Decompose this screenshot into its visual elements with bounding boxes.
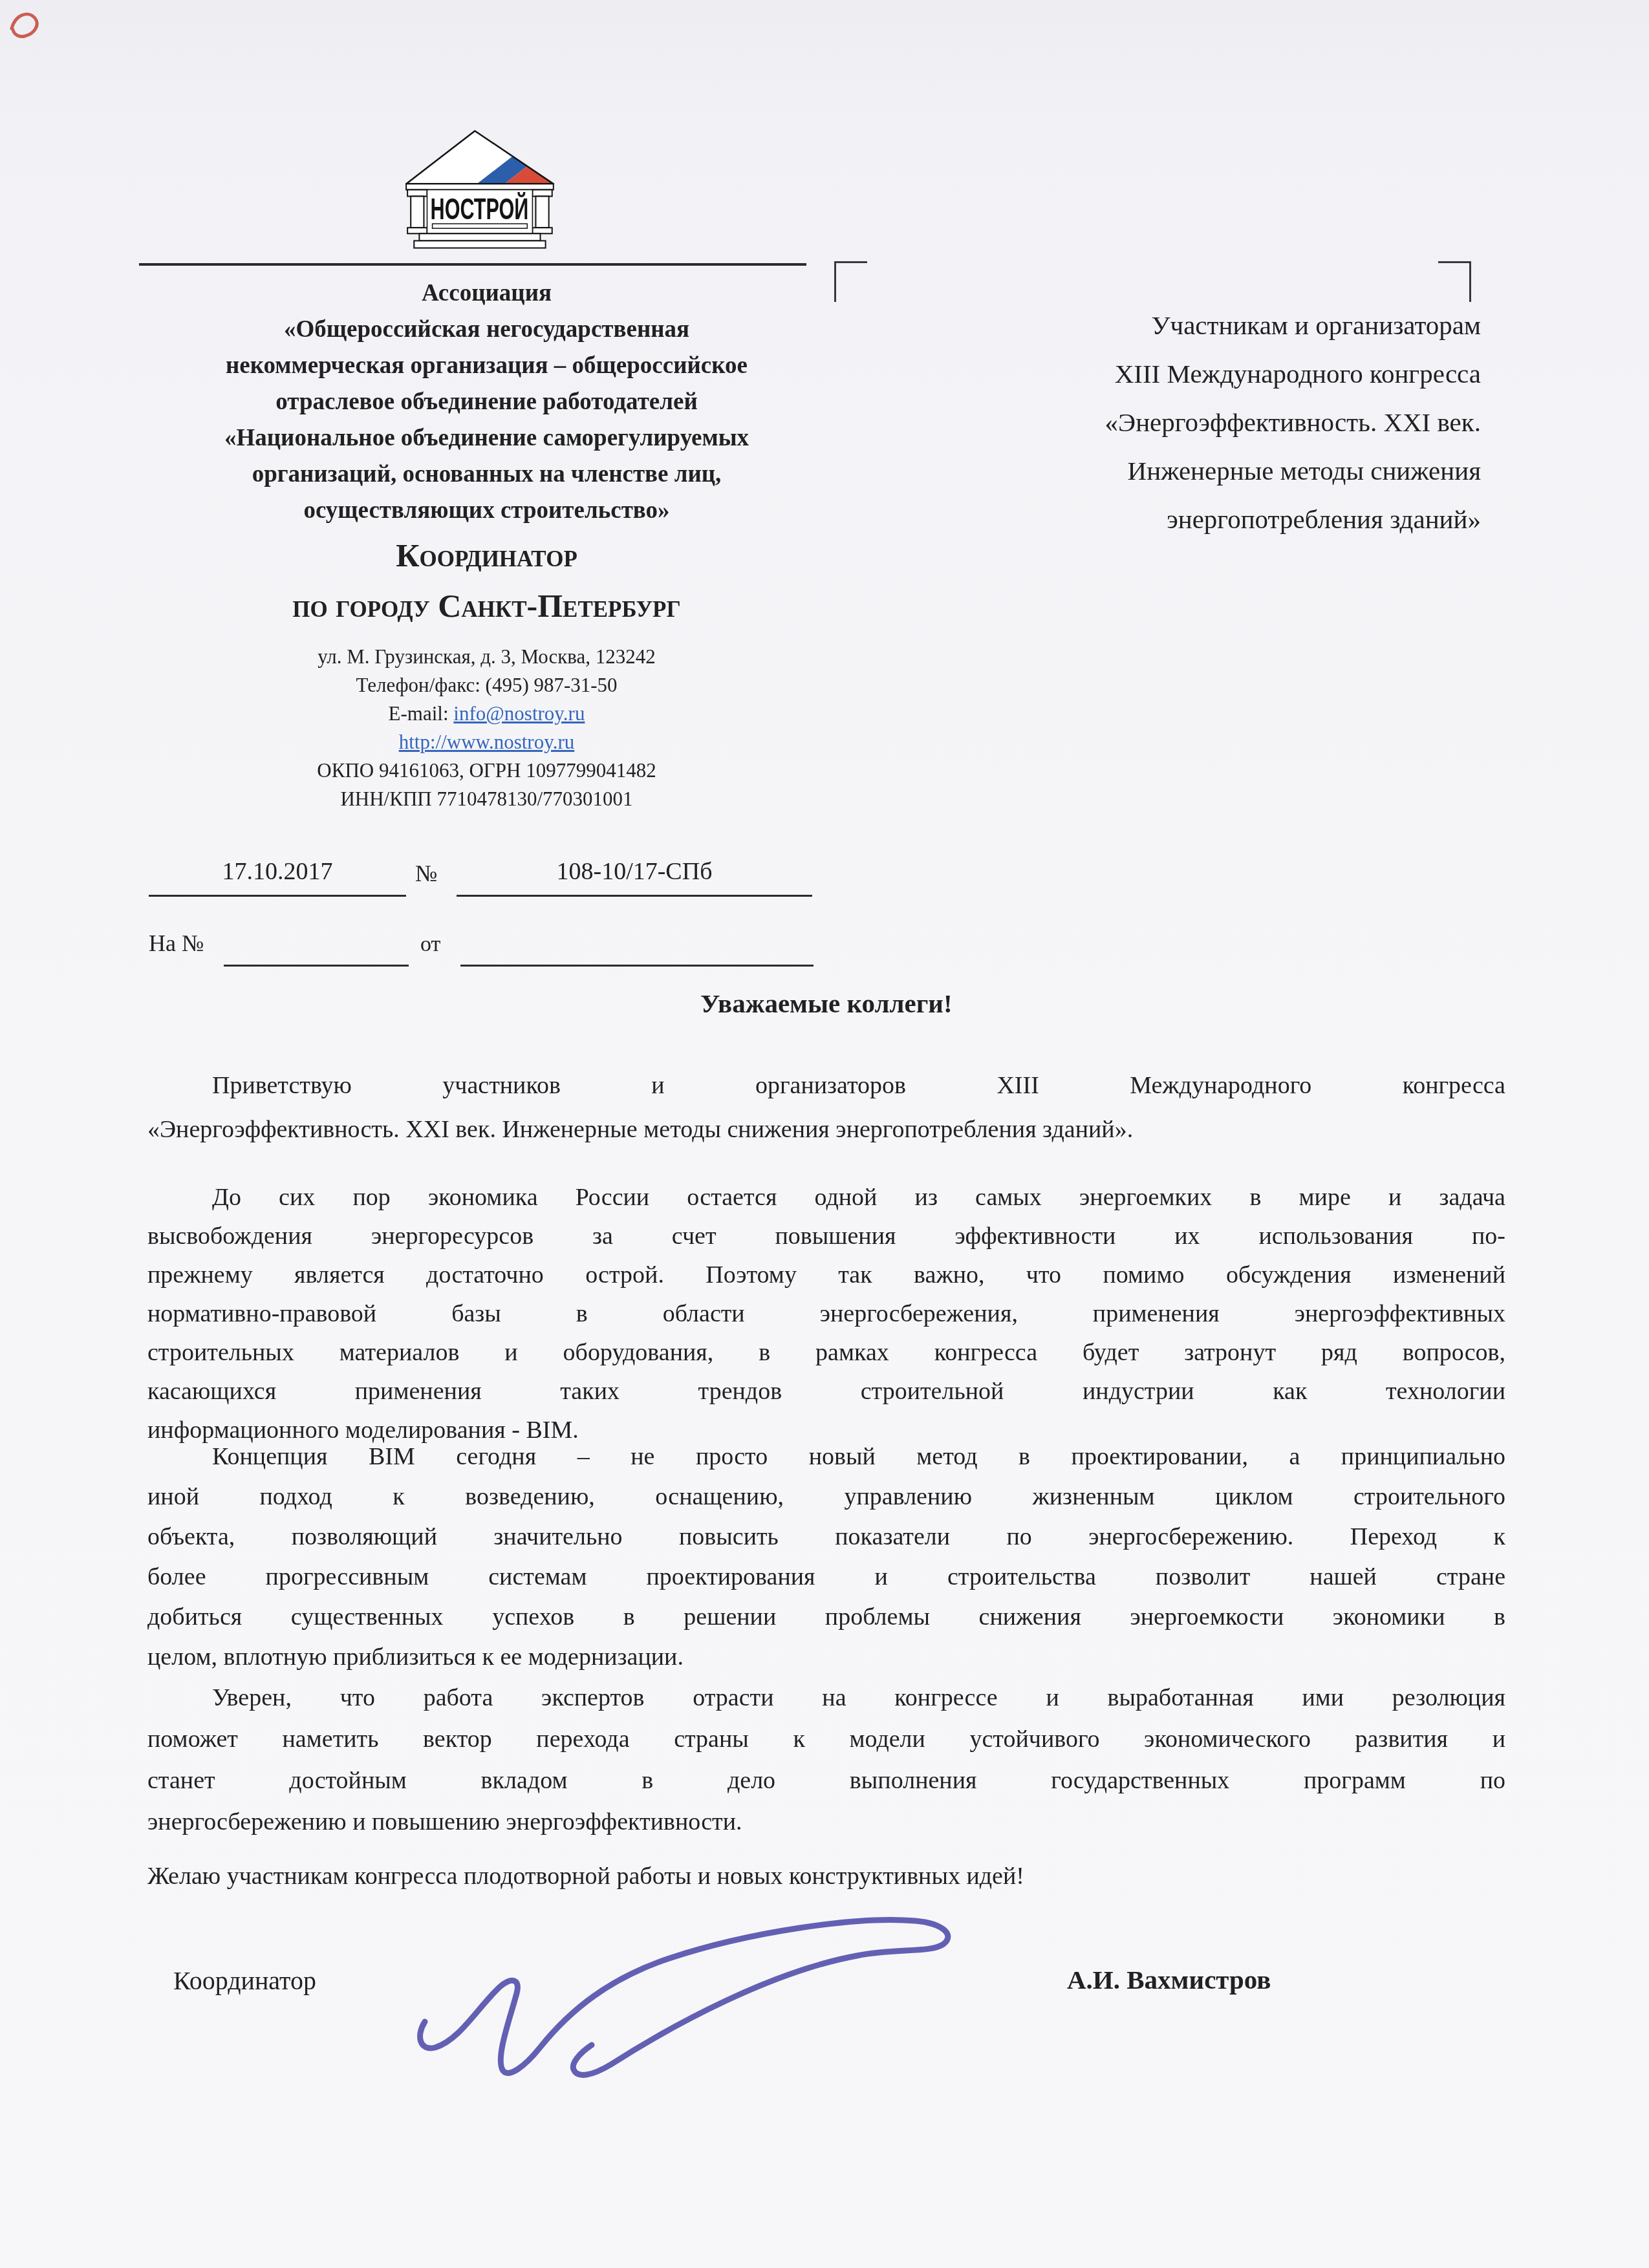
paragraph-line: Уверен, что работа экспертов отрасти на … (147, 1677, 1505, 1718)
date-underline (149, 895, 406, 897)
red-pen-mark (6, 5, 47, 41)
closing-wish: Желаю участникам конгресса плодотворной … (147, 1862, 1505, 1890)
recipient-block: Участникам и организаторам XIII Междунар… (867, 301, 1481, 544)
email-link[interactable]: info@nostroy.ru (453, 702, 585, 725)
reply-number-underline (224, 965, 409, 967)
coordinator-title-line: по городу Санкт-Петербург (139, 581, 834, 631)
paragraph-line: более прогрессивным системам проектирова… (147, 1557, 1505, 1597)
contact-block: ул. М. Грузинская, д. 3, Москва, 123242 … (139, 643, 834, 813)
association-line: организаций, основанных на членстве лиц, (139, 456, 834, 493)
paragraph-line: энергосбережению и повышению энергоэффек… (147, 1801, 1505, 1843)
association-line: некоммерческая организация – общероссийс… (139, 348, 834, 384)
paragraph-line: станет достойным вкладом в дело выполнен… (147, 1760, 1505, 1801)
association-line: «Общероссийская негосударственная (139, 312, 834, 348)
nostroy-logo-icon: НОСТРОЙ (400, 129, 566, 251)
email-line: E-mail: info@nostroy.ru (139, 700, 834, 728)
paragraph-4: Уверен, что работа экспертов отрасти на … (147, 1677, 1505, 1843)
letter-number: 108-10/17-СПб (457, 857, 812, 886)
paragraph-line: прежнему является достаточно острой. Поэ… (147, 1256, 1505, 1294)
number-underline (457, 895, 812, 897)
salutation: Уважаемые коллеги! (147, 988, 1505, 1019)
paragraph-line: поможет наметить вектор перехода страны … (147, 1718, 1505, 1760)
email-label: E-mail: (389, 702, 454, 725)
address-corner-mark-right (1438, 261, 1471, 302)
coordinator-title: Координатор по городу Санкт-Петербург (139, 530, 834, 631)
phone-fax: Телефон/факс: (495) 987-31-50 (139, 671, 834, 700)
coordinator-title-line: Координатор (139, 530, 834, 581)
paragraph-1: Приветствую участников и организаторов X… (147, 1064, 1505, 1151)
inn-kpp: ИНН/КПП 7710478130/770301001 (139, 785, 834, 813)
association-line: «Национальное объединение саморегулируем… (139, 420, 834, 456)
recipient-line: энергопотребления зданий» (867, 495, 1481, 544)
paragraph-line: нормативно-правовой базы в области энерг… (147, 1294, 1505, 1333)
recipient-line: Инженерные методы снижения (867, 447, 1481, 495)
paragraph-line: До сих пор экономика России остается одн… (147, 1178, 1505, 1217)
letter-date: 17.10.2017 (149, 857, 406, 886)
paragraph-line: Приветствую участников и организаторов X… (147, 1064, 1505, 1107)
paragraph-line: Концепция BIM сегодня – не просто новый … (147, 1437, 1505, 1477)
paragraph-line: строительных материалов и оборудования, … (147, 1333, 1505, 1372)
letterhead-divider (139, 263, 806, 266)
paragraph-line: «Энергоэффективность. XXI век. Инженерны… (147, 1107, 1505, 1151)
signer-name: А.И. Вахмистров (1067, 1964, 1271, 1995)
paragraph-line: добиться существенных успехов в решении … (147, 1597, 1505, 1637)
association-line: осуществляющих строительство» (139, 493, 834, 529)
association-line: Ассоциация (139, 275, 834, 312)
reply-to-label: На № (149, 930, 204, 957)
postal-address: ул. М. Грузинская, д. 3, Москва, 123242 (139, 643, 834, 671)
paragraph-2: До сих пор экономика России остается одн… (147, 1178, 1505, 1450)
paragraph-line: иной подход к возведению, оснащению, упр… (147, 1477, 1505, 1517)
from-label: от (420, 932, 440, 957)
recipient-line: XIII Международного конгресса (867, 350, 1481, 398)
logo-wordmark: НОСТРОЙ (431, 192, 529, 226)
recipient-line: «Энергоэффективность. XXI век. (867, 398, 1481, 447)
website-link[interactable]: http://www.nostroy.ru (399, 731, 575, 753)
association-line: отраслевое объединение работодателей (139, 384, 834, 420)
website-line: http://www.nostroy.ru (139, 728, 834, 756)
paragraph-3: Концепция BIM сегодня – не просто новый … (147, 1437, 1505, 1677)
paragraph-line: касающихся применения таких трендов стро… (147, 1372, 1505, 1411)
signature-scribble (398, 1906, 1025, 2108)
number-sign: № (415, 860, 437, 887)
letter-sheet: НОСТРОЙ Ассоциация «Общероссийская негос… (0, 0, 1649, 2268)
reply-date-underline (460, 965, 814, 967)
recipient-line: Участникам и организаторам (867, 301, 1481, 350)
paragraph-line: объекта, позволяющий значительно повысит… (147, 1517, 1505, 1557)
paragraph-line: целом, вплотную приблизиться к ее модерн… (147, 1637, 1505, 1677)
paragraph-line: высвобождения энергоресурсов за счет пов… (147, 1217, 1505, 1256)
address-corner-mark-left (834, 261, 867, 302)
association-name-block: Ассоциация «Общероссийская негосударстве… (139, 275, 834, 529)
signer-title: Координатор (173, 1965, 316, 1996)
okpo-ogrn: ОКПО 94161063, ОГРН 1097799041482 (139, 756, 834, 785)
